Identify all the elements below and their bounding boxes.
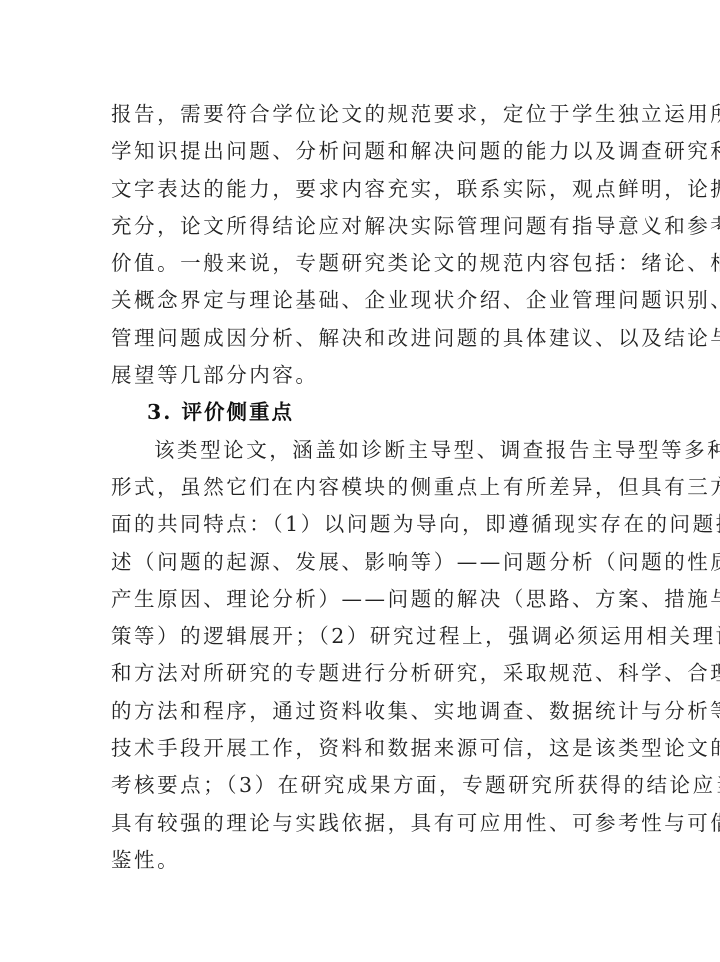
text-line: 关概念界定与理论基础、企业现状介绍、企业管理问题识别、 — [111, 282, 631, 319]
text-line: 述（问题的起源、发展、影响等）——问题分析（问题的性质、 — [111, 544, 631, 581]
text-line: 形式，虽然它们在内容模块的侧重点上有所差异，但具有三方 — [111, 469, 631, 506]
paragraph-1: 报告，需要符合学位论文的规范要求，定位于学生独立运用所 学知识提出问题、分析问题… — [111, 96, 631, 394]
text-line: 价值。一般来说，专题研究类论文的规范内容包括：绪论、相 — [111, 245, 631, 282]
section-heading: 3. 评价侧重点 — [111, 394, 631, 431]
text-line: 文字表达的能力，要求内容充实，联系实际，观点鲜明，论据 — [111, 171, 631, 208]
text-line: 和方法对所研究的专题进行分析研究，采取规范、科学、合理 — [111, 655, 631, 692]
text-line: 具有较强的理论与实践依据，具有可应用性、可参考性与可借 — [111, 805, 631, 842]
document-page: 报告，需要符合学位论文的规范要求，定位于学生独立运用所 学知识提出问题、分析问题… — [111, 96, 631, 879]
text-line: 充分，论文所得结论应对解决实际管理问题有指导意义和参考 — [111, 208, 631, 245]
paragraph-2: 该类型论文，涵盖如诊断主导型、调查报告主导型等多种 形式，虽然它们在内容模块的侧… — [111, 432, 631, 880]
text-line: 的方法和程序，通过资料收集、实地调查、数据统计与分析等 — [111, 693, 631, 730]
text-line: 考核要点；（3）在研究成果方面，专题研究所获得的结论应当 — [111, 767, 631, 804]
text-line: 该类型论文，涵盖如诊断主导型、调查报告主导型等多种 — [111, 432, 631, 469]
text-line: 策等）的逻辑展开；（2）研究过程上，强调必须运用相关理论 — [111, 618, 631, 655]
text-line: 展望等几部分内容。 — [111, 357, 631, 394]
text-line: 技术手段开展工作，资料和数据来源可信，这是该类型论文的 — [111, 730, 631, 767]
text-line: 面的共同特点：（1）以问题为导向，即遵循现实存在的问题描 — [111, 506, 631, 543]
text-line: 产生原因、理论分析）——问题的解决（思路、方案、措施与政 — [111, 581, 631, 618]
text-line: 学知识提出问题、分析问题和解决问题的能力以及调查研究和 — [111, 133, 631, 170]
text-line: 鉴性。 — [111, 842, 631, 879]
text-line: 报告，需要符合学位论文的规范要求，定位于学生独立运用所 — [111, 96, 631, 133]
text-line: 管理问题成因分析、解决和改进问题的具体建议、以及结论与 — [111, 320, 631, 357]
